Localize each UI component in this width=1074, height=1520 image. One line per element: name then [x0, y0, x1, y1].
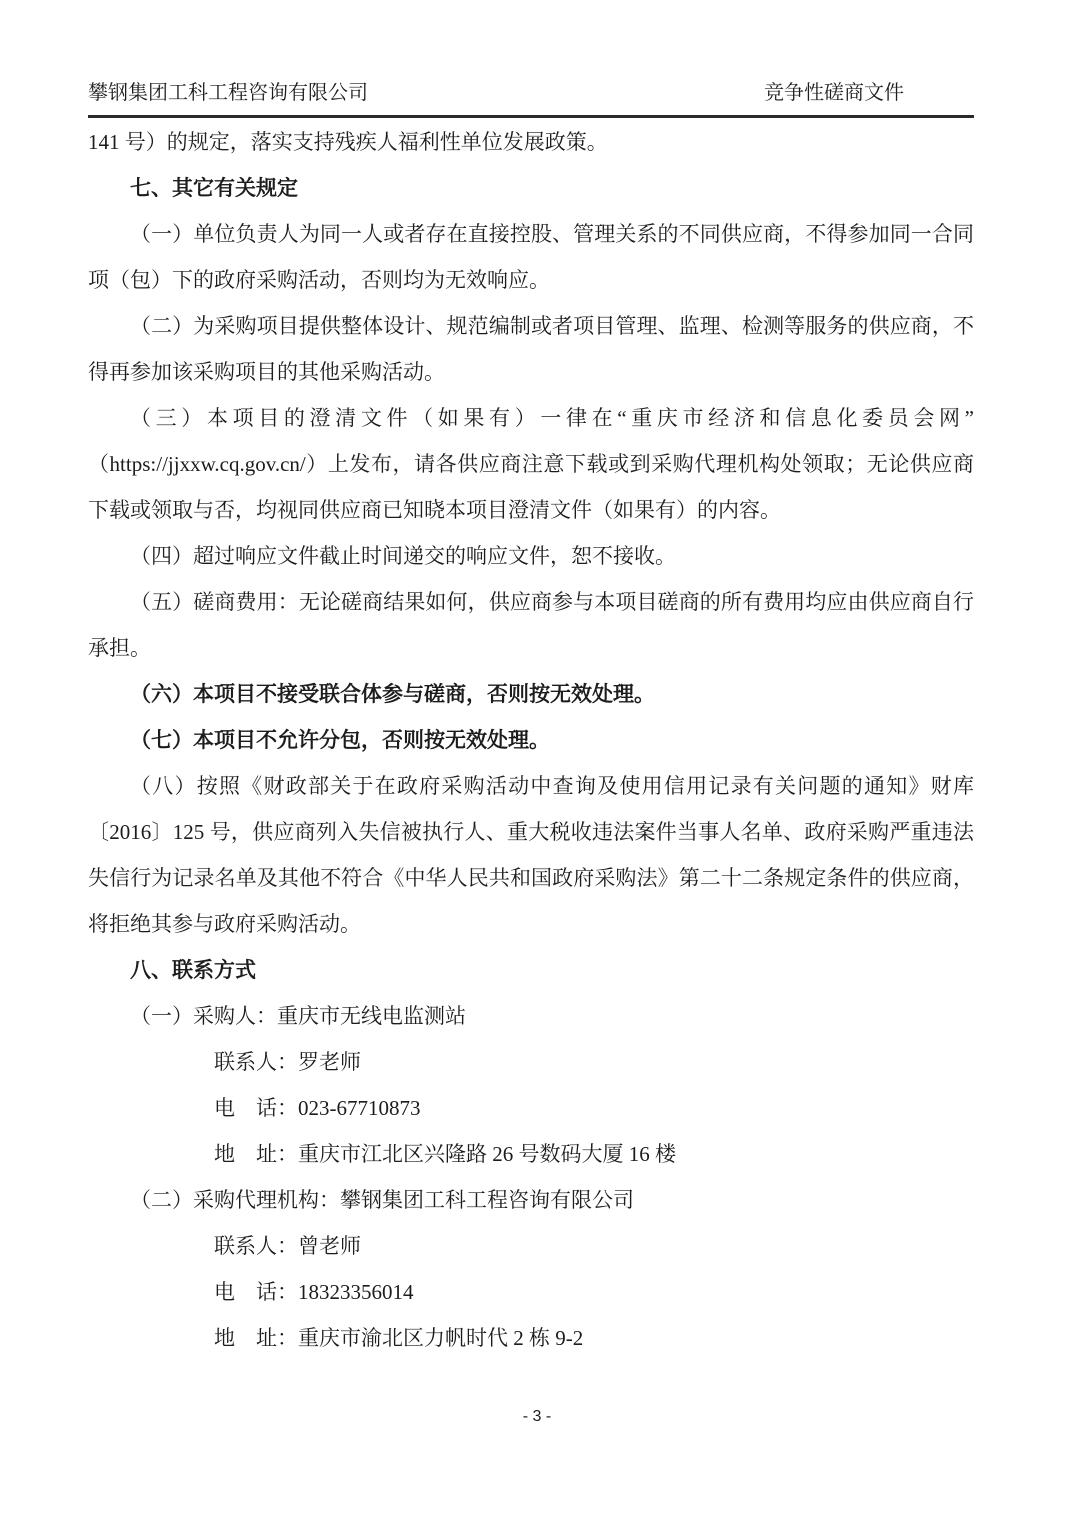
contact-agency: （二）采购代理机构：攀钢集团工科工程咨询有限公司 [88, 1177, 974, 1223]
page-header: 攀钢集团工科工程咨询有限公司 竞争性磋商文件 [88, 80, 974, 118]
contact-purchaser-person: 联系人：罗老师 [214, 1039, 974, 1085]
header-company-name: 攀钢集团工科工程咨询有限公司 [88, 80, 368, 106]
contact-purchaser-address: 地 址：重庆市江北区兴隆路 26 号数码大厦 16 楼 [214, 1131, 974, 1177]
para-negotiation-cost: （五）磋商费用：无论磋商结果如何，供应商参与本项目磋商的所有费用均应由供应商自行… [88, 579, 974, 671]
document-body: 141 号）的规定，落实支持残疾人福利性单位发展政策。 七、其它有关规定 （一）… [88, 119, 974, 1361]
contact-agency-address: 地 址：重庆市渝北区力帆时代 2 栋 9-2 [214, 1315, 974, 1361]
contact-purchaser: （一）采购人：重庆市无线电监测站 [88, 993, 974, 1039]
para-no-consortium: （六）本项目不接受联合体参与磋商，否则按无效处理。 [88, 671, 974, 717]
para-supplier-same-person: （一）单位负责人为同一人或者存在直接控股、管理关系的不同供应商，不得参加同一合同… [88, 211, 974, 303]
para-late-response: （四）超过响应文件截止时间递交的响应文件，恕不接收。 [88, 533, 974, 579]
header-doc-type: 竞争性磋商文件 [764, 80, 904, 106]
document-page: 攀钢集团工科工程咨询有限公司 竞争性磋商文件 141 号）的规定，落实支持残疾人… [0, 0, 1074, 1520]
para-design-service-supplier: （二）为采购项目提供整体设计、规范编制或者项目管理、监理、检测等服务的供应商，不… [88, 303, 974, 395]
para-clarification-documents: （三）本项目的澄清文件（如果有）一律在“重庆市经济和信息化委员会网”（https… [88, 395, 974, 533]
section-heading-other-provisions: 七、其它有关规定 [88, 165, 974, 211]
contact-agency-person: 联系人：曾老师 [214, 1223, 974, 1269]
contact-purchaser-phone: 电 话：023-67710873 [214, 1085, 974, 1131]
para-no-subcontract: （七）本项目不允许分包，否则按无效处理。 [88, 717, 974, 763]
continuation-paragraph: 141 号）的规定，落实支持残疾人福利性单位发展政策。 [88, 119, 974, 165]
para-credit-record: （八）按照《财政部关于在政府采购活动中查询及使用信用记录有关问题的通知》财库〔2… [88, 763, 974, 947]
page-number: - 3 - [0, 1408, 1074, 1426]
section-heading-contact: 八、联系方式 [88, 947, 974, 993]
contact-agency-phone: 电 话：18323356014 [214, 1269, 974, 1315]
